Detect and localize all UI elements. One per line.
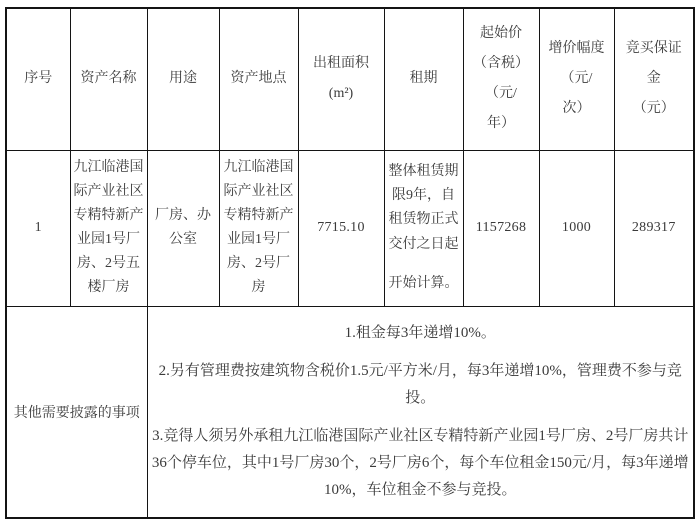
asset-rental-table: 序号 资产名称 用途 资产地点 出租面积 (m²) 租期 起始价 （含税） （元… [5, 7, 695, 519]
lease-term-paragraph-2: 开始计算。 [387, 272, 461, 296]
header-usage: 用途 [147, 8, 219, 150]
header-asset-name: 资产名称 [70, 8, 147, 150]
cell-asset-name: 九江临港国际产业社区专精特新产业园1号厂房、2号五楼厂房 [70, 150, 147, 306]
disclosure-note-1: 1.租金每3年递增10%。 [150, 320, 692, 347]
disclosure-row: 其他需要披露的事项 1.租金每3年递增10%。 2.另有管理费按建筑物含税价1.… [6, 306, 694, 518]
cell-area: 7715.10 [298, 150, 384, 306]
cell-usage: 厂房、办公室 [147, 150, 219, 306]
cell-deposit: 289317 [614, 150, 694, 306]
header-deposit: 竞买保证 金 （元） [614, 8, 694, 150]
disclosure-note-2: 2.另有管理费按建筑物含税价1.5元/平方米/月，每3年递增10%，管理费不参与… [150, 358, 692, 412]
cell-start-price: 1157268 [463, 150, 539, 306]
disclosure-note-3: 3.竞得人须另外承租九江临港国际产业社区专精特新产业园1号厂房、2号厂房共计36… [150, 423, 692, 504]
header-area: 出租面积 (m²) [298, 8, 384, 150]
disclosure-label: 其他需要披露的事项 [6, 306, 147, 518]
header-start-price: 起始价 （含税） （元/ 年） [463, 8, 539, 150]
header-seq: 序号 [6, 8, 70, 150]
header-location: 资产地点 [219, 8, 298, 150]
cell-lease-term: 整体租赁期限9年，自租赁物正式交付之日起 开始计算。 [384, 150, 463, 306]
table-header-row: 序号 资产名称 用途 资产地点 出租面积 (m²) 租期 起始价 （含税） （元… [6, 8, 694, 150]
header-increment: 增价幅度 （元/ 次） [539, 8, 614, 150]
page: 序号 资产名称 用途 资产地点 出租面积 (m²) 租期 起始价 （含税） （元… [0, 0, 697, 473]
table-data-row: 1 九江临港国际产业社区专精特新产业园1号厂房、2号五楼厂房 厂房、办公室 九江… [6, 150, 694, 306]
lease-term-paragraph-1: 整体租赁期限9年，自租赁物正式交付之日起 [387, 160, 461, 256]
header-lease-term: 租期 [384, 8, 463, 150]
disclosure-notes: 1.租金每3年递增10%。 2.另有管理费按建筑物含税价1.5元/平方米/月，每… [147, 306, 694, 518]
cell-location: 九江临港国际产业社区专精特新产业园1号厂房、2号厂房 [219, 150, 298, 306]
cell-seq: 1 [6, 150, 70, 306]
cell-increment: 1000 [539, 150, 614, 306]
